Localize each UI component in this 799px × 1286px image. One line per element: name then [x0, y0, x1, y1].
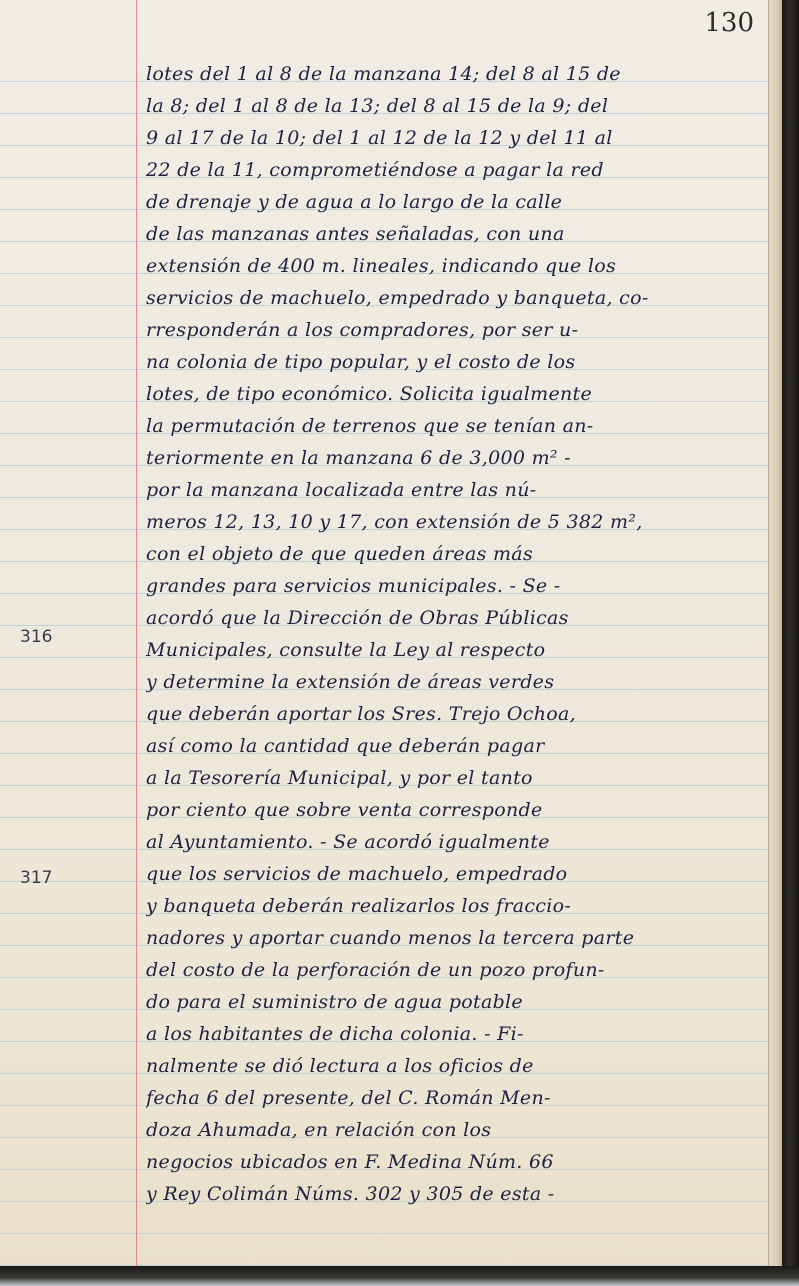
text-line: lotes del 1 al 8 de la manzana 14; del 8… — [146, 58, 756, 90]
text-line: extensión de 400 m. lineales, indicando … — [146, 250, 756, 282]
page-number: 130 — [704, 8, 754, 38]
text-line: por la manzana localizada entre las nú- — [146, 474, 756, 506]
text-line: meros 12, 13, 10 y 17, con extensión de … — [146, 506, 756, 538]
text-line: así como la cantidad que deberán pagar — [146, 730, 756, 762]
text-line: rresponderán a los compradores, por ser … — [146, 314, 756, 346]
text-line: lotes, de tipo económico. Solicita igual… — [146, 378, 756, 410]
text-line: fecha 6 del presente, del C. Román Men- — [146, 1082, 756, 1114]
text-line: 9 al 17 de la 10; del 1 al 12 de la 12 y… — [146, 122, 756, 154]
text-line: de las manzanas antes señaladas, con una — [146, 218, 756, 250]
text-line: la permutación de terrenos que se tenían… — [146, 410, 756, 442]
text-line: na colonia de tipo popular, y el costo d… — [146, 346, 756, 378]
text-line: que los servicios de machuelo, empedrado — [146, 858, 756, 890]
text-line: y determine la extensión de áreas verdes — [146, 666, 756, 698]
text-line: grandes para servicios municipales. - Se… — [146, 570, 756, 602]
book-binding — [782, 0, 799, 1286]
text-line: a los habitantes de dicha colonia. - Fi- — [146, 1018, 756, 1050]
text-line: de drenaje y de agua a lo largo de la ca… — [146, 186, 756, 218]
text-line: doza Ahumada, en relación con los — [146, 1114, 756, 1146]
text-line: al Ayuntamiento. - Se acordó igualmente — [146, 826, 756, 858]
text-line: acordó que la Dirección de Obras Pública… — [146, 602, 756, 634]
text-line: servicios de machuelo, empedrado y banqu… — [146, 282, 756, 314]
text-line: y banqueta deberán realizarlos los fracc… — [146, 890, 756, 922]
text-line: que deberán aportar los Sres. Trejo Ocho… — [146, 698, 756, 730]
text-line: 22 de la 11, comprometiéndose a pagar la… — [146, 154, 756, 186]
handwritten-text-block: lotes del 1 al 8 de la manzana 14; del 8… — [146, 58, 756, 1210]
ledger-page: 130 316 317 lotes del 1 al 8 de la manza… — [0, 0, 768, 1270]
text-line: do para el suministro de agua potable — [146, 986, 756, 1018]
text-line: a la Tesorería Municipal, y por el tanto — [146, 762, 756, 794]
text-line: con el objeto de que queden áreas más — [146, 538, 756, 570]
page-edge-stack — [768, 0, 783, 1270]
bottom-shadow — [0, 1266, 799, 1286]
text-line: por ciento que sobre venta corresponde — [146, 794, 756, 826]
text-line: teriormente en la manzana 6 de 3,000 m² … — [146, 442, 756, 474]
text-line: y Rey Colimán Núms. 302 y 305 de esta - — [146, 1178, 756, 1210]
text-line: del costo de la perforación de un pozo p… — [146, 954, 756, 986]
text-line: la 8; del 1 al 8 de la 13; del 8 al 15 d… — [146, 90, 756, 122]
text-line: Municipales, consulte la Ley al respecto — [146, 634, 756, 666]
ruled-line — [0, 1233, 768, 1234]
text-line: negocios ubicados en F. Medina Núm. 66 — [146, 1146, 756, 1178]
text-line: nalmente se dió lectura a los oficios de — [146, 1050, 756, 1082]
margin-rule — [136, 0, 137, 1270]
margin-note-316: 316 — [20, 627, 52, 647]
margin-note-317: 317 — [20, 868, 52, 888]
text-line: nadores y aportar cuando menos la tercer… — [146, 922, 756, 954]
